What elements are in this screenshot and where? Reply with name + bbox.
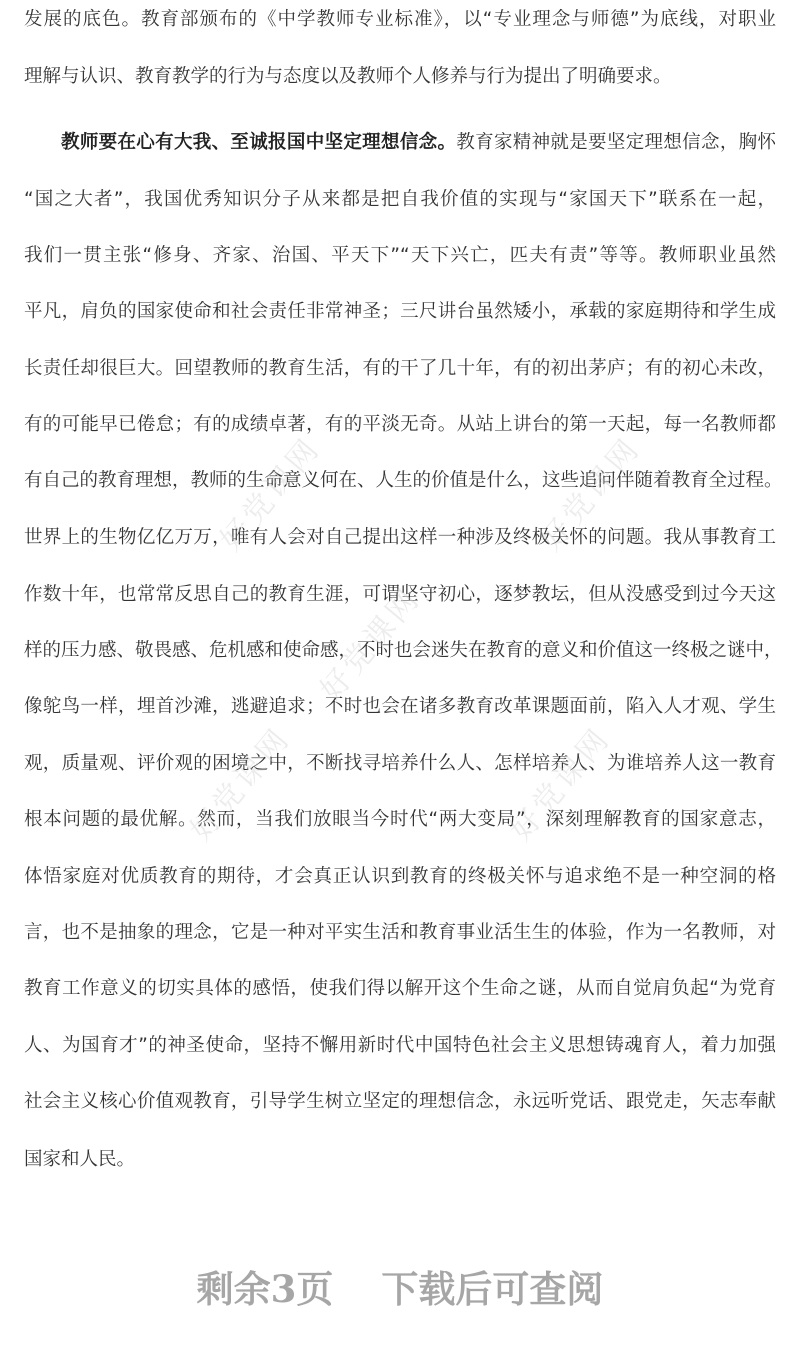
text-line: 平凡，肩负的国家使命和社会责任非常神圣；三尺讲台虽然矮小，承载的家庭期待和学生成: [24, 300, 776, 324]
text-line: 长责任却很巨大。回望教师的教育生活，有的干了几十年，有的初出茅庐；有的初心未改，: [24, 357, 776, 381]
text-line: 体悟家庭对优质教育的期待，才会真正认识到教育的终极关怀与追求绝不是一种空洞的格: [24, 865, 776, 889]
paragraph-first-line: 教师要在心有大我、至诚报国中坚定理想信念。教育家精神就是要坚定理想信念，胸怀: [61, 131, 776, 155]
text-line: 有自己的教育理想，教师的生命意义何在、人生的价值是什么，这些追问伴随着教育全过程…: [24, 469, 776, 493]
text-line: 我们一贯主张“修身、齐家、治国、平天下”“天下兴亡，匹夫有责”等等。教师职业虽然: [24, 244, 776, 268]
text-line: “国之大者”，我国优秀知识分子从来都是把自我价值的实现与“家国天下”联系在一起，: [24, 188, 776, 212]
text-line: 作数十年，也常常反思自己的教育生涯，可谓坚守初心，逐梦教坛，但从没感受到过今天这: [24, 583, 776, 607]
download-to-view-label: 下载后可查阅: [381, 1267, 603, 1311]
text-line: 根本问题的最优解。然而，当我们放眼当今时代“两大变局”，深刻理解教育的国家意志，: [24, 808, 776, 832]
remaining-pages-banner[interactable]: 剩余3页下载后可查阅: [0, 1264, 800, 1314]
text-line: 观，质量观、评价观的困境之中，不断找寻培养什么人、怎样培养人、为谁培养人这一教育: [24, 752, 776, 776]
remaining-pages-label: 剩余3页: [197, 1267, 334, 1311]
text-line: 样的压力感、敬畏感、危机感和使命感，不时也会迷失在教育的意义和价值这一终极之谜中…: [24, 639, 776, 663]
paragraph-heading: 教师要在心有大我、至诚报国中坚定理想信念。: [61, 132, 456, 153]
text-line: 言，也不是抽象的理念，它是一种对平实生活和教育事业活生生的体验，作为一名教师，对: [24, 921, 776, 945]
text-line: 教育工作意义的切实具体的感悟，使我们得以解开这个生命之谜，从而自觉肩负起“为党育: [24, 977, 776, 1001]
text-line: 发展的底色。教育部颁布的《中学教师专业标准》，以“专业理念与师德”为底线，对职业: [24, 8, 776, 32]
text-line: 有的可能早已倦怠；有的成绩卓著，有的平淡无奇。从站上讲台的第一天起，每一名教师都: [24, 413, 776, 437]
text-line: 世界上的生物亿亿万万，唯有人会对自己提出这样一种涉及终极关怀的问题。我从事教育工: [24, 526, 776, 550]
text-line: 人、为国育才”的神圣使命，坚持不懈用新时代中国特色社会主义思想铸魂育人，着力加强: [24, 1034, 776, 1058]
text-line: 国家和人民。: [24, 1148, 135, 1172]
text-fragment: 教育家精神就是要坚定理想信念，胸怀: [456, 132, 776, 153]
text-line: 社会主义核心价值观教育，引导学生树立坚定的理想信念，永远听党话、跟党走，矢志奉献: [24, 1090, 776, 1114]
text-line: 像鸵鸟一样，埋首沙滩，逃避追求；不时也会在诸多教育改革课题面前，陷入人才观、学生: [24, 695, 776, 719]
text-line: 理解与认识、教育教学的行为与态度以及教师个人修养与行为提出了明确要求。: [24, 65, 672, 89]
